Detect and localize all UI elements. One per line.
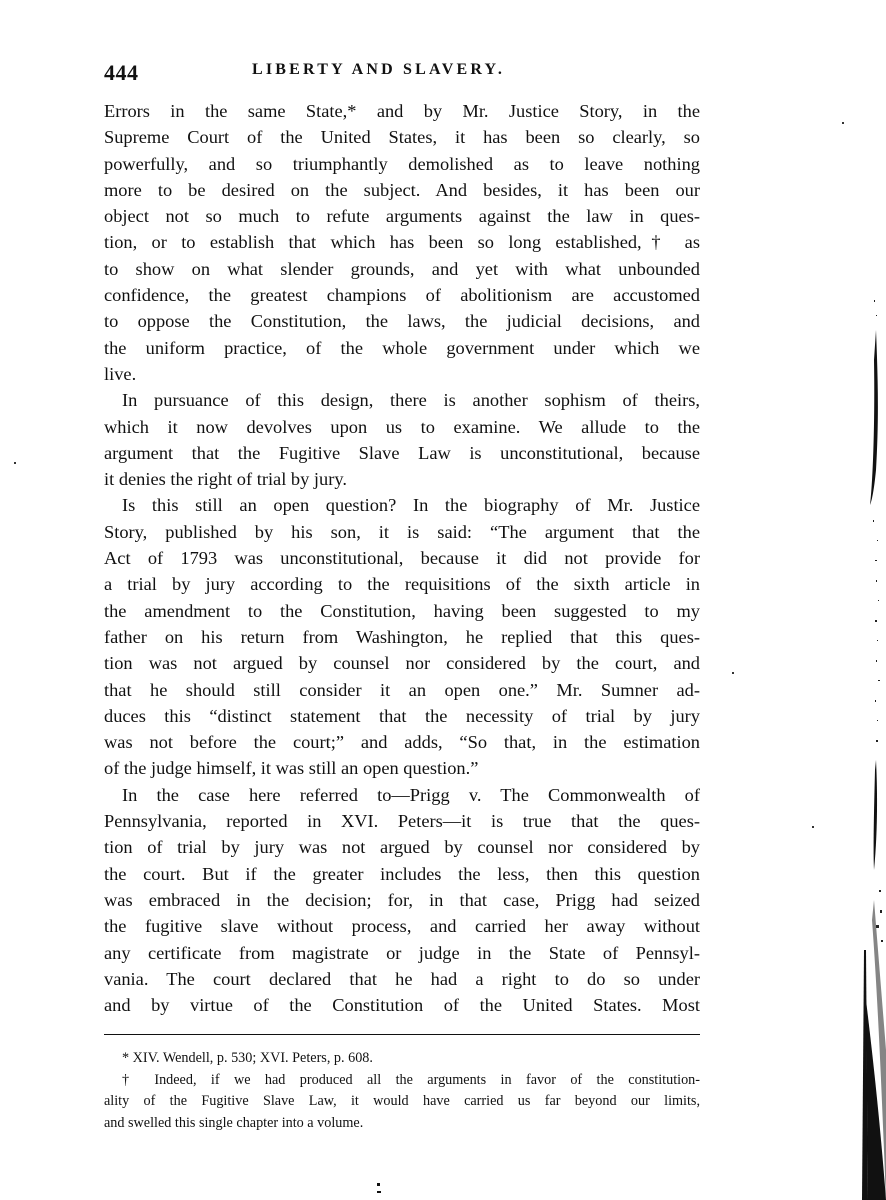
text-line: a trial by jury according to the requisi… bbox=[104, 571, 700, 597]
text-line: Pennsylvania, reported in XVI. Peters—it… bbox=[104, 808, 700, 834]
signature-mark bbox=[377, 1183, 381, 1193]
text-line: more to be desired on the subject. And b… bbox=[104, 177, 700, 203]
text-line: powerfully, and so triumphantly demolish… bbox=[104, 151, 700, 177]
scan-binding-edge bbox=[846, 0, 886, 1200]
text-line: confidence, the greatest champions of ab… bbox=[104, 282, 700, 308]
text-line: the fugitive slave without process, and … bbox=[104, 913, 700, 939]
text-line: any certificate from magistrate or judge… bbox=[104, 940, 700, 966]
text-line: was not before the court;” and adds, “So… bbox=[104, 729, 700, 755]
text-line: which it now devolves upon us to examine… bbox=[104, 414, 700, 440]
text-line: Act of 1793 was unconstitutional, becaus… bbox=[104, 545, 700, 571]
text-line: In the case here referred to—Prigg v. Th… bbox=[104, 782, 700, 808]
text-line: and by virtue of the Constitution of the… bbox=[104, 992, 700, 1018]
footnote-rule bbox=[104, 1034, 700, 1035]
page-number: 444 bbox=[104, 60, 139, 86]
running-head: 444 LIBERTY AND SLAVERY. bbox=[104, 58, 700, 98]
book-page: 444 LIBERTY AND SLAVERY. Errors in the s… bbox=[104, 58, 700, 1018]
text-line: Errors in the same State,* and by Mr. Ju… bbox=[104, 98, 700, 124]
text-line: it denies the right of trial by jury. bbox=[104, 466, 700, 492]
text-line: tion of trial by jury was not argued by … bbox=[104, 834, 700, 860]
scan-speck bbox=[812, 826, 814, 828]
text-line: tion was not argued by counsel nor consi… bbox=[104, 650, 700, 676]
scan-speck bbox=[842, 122, 844, 124]
scan-speck bbox=[732, 672, 734, 674]
text-line: was embraced in the decision; for, in th… bbox=[104, 887, 700, 913]
running-title: LIBERTY AND SLAVERY. bbox=[252, 61, 505, 79]
footnote-line: and swelled this single chapter into a v… bbox=[104, 1113, 700, 1135]
text-line: that he should still consider it an open… bbox=[104, 677, 700, 703]
footnote-line: * XIV. Wendell, p. 530; XVI. Peters, p. … bbox=[104, 1048, 700, 1070]
text-line: Story, published by his son, it is said:… bbox=[104, 519, 700, 545]
text-line: Supreme Court of the United States, it h… bbox=[104, 124, 700, 150]
text-line: tion, or to establish that which has bee… bbox=[104, 229, 700, 255]
text-line: father on his return from Washington, he… bbox=[104, 624, 700, 650]
text-line: duces this “distinct statement that the … bbox=[104, 703, 700, 729]
footnote-line: † Indeed, if we had produced all the arg… bbox=[104, 1070, 700, 1092]
text-line: the uniform practice, of the whole gover… bbox=[104, 335, 700, 361]
body-text: Errors in the same State,* and by Mr. Ju… bbox=[104, 98, 700, 1018]
footnotes: * XIV. Wendell, p. 530; XVI. Peters, p. … bbox=[104, 1048, 700, 1134]
text-line: live. bbox=[104, 361, 700, 387]
scan-speck bbox=[14, 462, 16, 464]
text-line: argument that the Fugitive Slave Law is … bbox=[104, 440, 700, 466]
text-line: the amendment to the Constitution, havin… bbox=[104, 598, 700, 624]
text-line: of the judge himself, it was still an op… bbox=[104, 755, 700, 781]
text-line: the court. But if the greater includes t… bbox=[104, 861, 700, 887]
text-line: Is this still an open question? In the b… bbox=[104, 492, 700, 518]
text-line: to oppose the Constitution, the laws, th… bbox=[104, 308, 700, 334]
text-line: object not so much to refute arguments a… bbox=[104, 203, 700, 229]
text-line: vania. The court declared that he had a … bbox=[104, 966, 700, 992]
text-line: In pursuance of this design, there is an… bbox=[104, 387, 700, 413]
footnote-line: ality of the Fugitive Slave Law, it woul… bbox=[104, 1091, 700, 1113]
text-line: to show on what slender grounds, and yet… bbox=[104, 256, 700, 282]
